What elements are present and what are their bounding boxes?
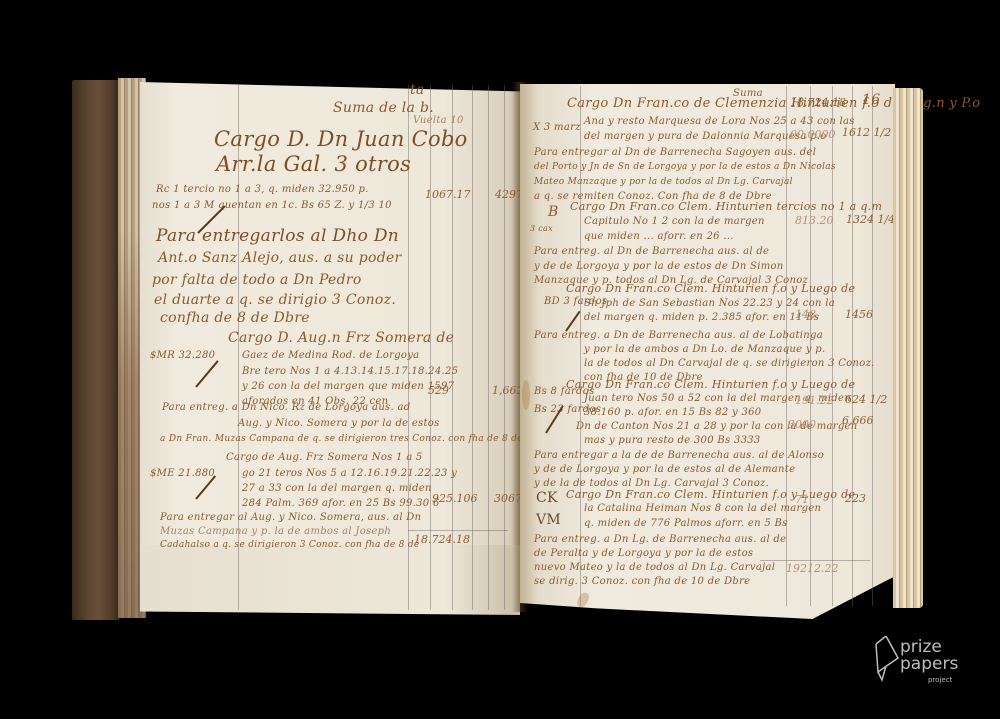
left-header-top: ta bbox=[410, 82, 425, 98]
total-rule bbox=[408, 530, 508, 531]
entry-line: Cargo Dn Fran.co Clem. Hinturien f.o y L… bbox=[566, 282, 855, 295]
entry-line: Arr.la Gal. 3 otros bbox=[216, 152, 411, 176]
book-spine bbox=[72, 80, 120, 620]
entry-line: Ana y resto Marquesa de Lora Nos 25 a 43… bbox=[584, 116, 855, 127]
entry-line: Cargo Dn Fran.co Clem. Hinturien tercios… bbox=[570, 200, 882, 213]
amount-cell: 1456 bbox=[845, 308, 873, 321]
prize-papers-logo: prize papers project bbox=[872, 636, 982, 696]
entry-line: y de de Lorgoya y por la de estos al de … bbox=[534, 464, 795, 475]
left-col-rule bbox=[430, 85, 431, 610]
margin-mark: BD 3 fardos bbox=[544, 296, 607, 307]
entry-line: la Catalina Heiman Nos 8 con la del marg… bbox=[584, 503, 821, 514]
open-ledger: ta Suma de la b. Vuelta 10 Cargo D. Dn J… bbox=[0, 0, 1000, 719]
entry-line: y de de Lorgoya y por la de estos de Dn … bbox=[534, 261, 784, 272]
entry-line: la de todos al Dn Carvajal de q. se diri… bbox=[584, 358, 875, 369]
page-total: 18.724.18 bbox=[414, 533, 470, 546]
amount-cell: 71 bbox=[795, 493, 809, 506]
left-header-col: Vuelta 10 bbox=[413, 115, 464, 126]
folded-paper-icon bbox=[872, 636, 902, 686]
total-rule bbox=[760, 560, 870, 561]
left-col-rule bbox=[488, 85, 489, 610]
amount-cell: 6,666 bbox=[842, 414, 874, 427]
amount-cell: 813.20 bbox=[795, 214, 834, 227]
left-col-rule bbox=[452, 85, 453, 610]
page-total: 19212.22 bbox=[786, 562, 839, 575]
entry-line: de Peralta y de Lorgoya y por la de esto… bbox=[534, 548, 753, 559]
amount-cell: 3000 bbox=[788, 418, 816, 431]
entry-line: Mateo Manzaque y por la de todos al Dn L… bbox=[534, 177, 793, 187]
margin-mark: B bbox=[548, 204, 559, 220]
entry-line: y 26 con la del margen que miden 1597 bbox=[242, 381, 454, 392]
entry-line: Muzas Campana y p. la de ambos al Joseph bbox=[160, 526, 391, 537]
amount-cell: 00.0000 bbox=[790, 128, 836, 141]
entry-line: Aug. y Nico. Somera y por la de estos bbox=[238, 418, 440, 429]
left-page-bottom bbox=[140, 545, 520, 615]
entry-line: mas y pura resto de 300 Bs 3333 bbox=[584, 435, 761, 446]
entry-line: Para entreg. a Dn de Barrenecha aus. al … bbox=[534, 330, 823, 341]
entry-line: nuevo Mateo y la de todos al Dn Lg. Carv… bbox=[534, 562, 775, 573]
entry-line: Cargo Dn Fran.co Clem. Hinturien f.o y L… bbox=[566, 488, 855, 501]
logo-text-papers: papers bbox=[900, 656, 958, 673]
entry-line: Para entregarlos al Dho Dn bbox=[156, 226, 399, 246]
entry-line: Para entreg. a Dn Lg. de Barrenecha aus.… bbox=[534, 534, 786, 545]
entry-line: confha de 8 de Dbre bbox=[160, 310, 310, 326]
entry-line: que miden ... aforr. en 26 ... bbox=[584, 231, 734, 242]
entry-line: del margen q. miden p. 2.385 afor. en 11… bbox=[584, 312, 819, 323]
amount-cell: 925.106 bbox=[432, 492, 478, 505]
entry-line: Para entregar al Aug. y Nico. Somera, au… bbox=[160, 512, 421, 523]
entry-line: y por la de ambos a Dn Lo. de Manzaque y… bbox=[584, 344, 825, 355]
margin-mark: $ME 21.880 bbox=[150, 468, 215, 479]
entry-line: del Porto y Jn de Sn de Lorgoya y por la… bbox=[534, 162, 836, 172]
entry-line: Para entreg. a Dn Nico. Rz de Lorgoya au… bbox=[162, 402, 410, 413]
right-col-rule bbox=[872, 86, 873, 606]
entry-line: 284 Palm. 369 afor. en 25 Bs 99.30 6 bbox=[242, 498, 440, 509]
entry-line: q. miden de 776 Palmos aforr. en 5 Bs bbox=[584, 518, 788, 529]
entry-line: Cargo D. Aug.n Frz Somera de bbox=[228, 330, 454, 346]
entry-line: Gaez de Medina Rod. de Lorgoya bbox=[242, 350, 419, 361]
margin-mark: CK bbox=[536, 490, 558, 506]
entry-line: por falta de todo a Dn Pedro bbox=[152, 272, 362, 288]
margin-mark: X 3 marz bbox=[533, 122, 581, 133]
amount-cell: 1324 1/4 bbox=[846, 213, 895, 226]
amount-cell: 223 bbox=[845, 492, 866, 505]
margin-mark: Bs 23 fardos bbox=[534, 404, 601, 415]
logo-text-project: project bbox=[928, 676, 952, 684]
entry-line: Cargo D. Dn Juan Cobo bbox=[214, 127, 468, 151]
amount-cell: 191.22 bbox=[795, 394, 834, 407]
entry-line: Bre tero Nos 1 a 4.13.14.15.17.18.24.25 bbox=[242, 366, 458, 377]
amount-cell: 1067.17 bbox=[425, 188, 471, 201]
amount-cell: 529 bbox=[428, 384, 449, 397]
margin-mark: 3 cax bbox=[530, 224, 553, 233]
entry-line: 38.160 p. afor. en 15 Bs 82 y 360 bbox=[584, 407, 761, 418]
ink-stain bbox=[522, 380, 530, 410]
left-col-rule bbox=[472, 85, 473, 610]
amount-cell: 1612 1/2 bbox=[842, 126, 891, 139]
entry-line: Cargo Dn Fran.co Clem. Hinturien f.o y L… bbox=[566, 378, 855, 391]
entry-line: Para entregar a la de de Barrenecha aus.… bbox=[534, 450, 824, 461]
right-page-edges bbox=[893, 88, 923, 608]
margin-mark: Bs 8 fardos bbox=[534, 386, 595, 397]
left-col-rule bbox=[504, 85, 505, 610]
entry-line: Rc 1 tercio no 1 a 3, q. miden 32.950 p. bbox=[156, 184, 369, 195]
amount-cell: 624 1/2 bbox=[845, 393, 887, 406]
entry-line: se dirig. 3 Conoz. con fha de 10 de Dbre bbox=[534, 576, 750, 587]
entry-line: go 21 teros Nos 5 a 12.16.19.21.22.23 y bbox=[242, 468, 457, 479]
left-header-sum: Suma de la b. bbox=[333, 100, 434, 116]
entry-line: 27 a 33 con la del margen q. miden bbox=[242, 483, 432, 494]
entry-line: Para entreg. al Dn de Barrenecha aus. al… bbox=[534, 246, 769, 257]
entry-line: Cadahalso a q. se dirigieron 3 Conoz. co… bbox=[160, 540, 420, 550]
entry-line: Ant.o Sanz Alejo, aus. a su poder bbox=[158, 250, 402, 266]
entry-line: nos 1 a 3 M quentan en 1c. Bs 65 Z. y 1/… bbox=[152, 200, 392, 211]
entry-line: Cargo de Aug. Frz Somera Nos 1 a 5 bbox=[226, 452, 423, 463]
margin-mark: $MR 32.280 bbox=[150, 350, 215, 361]
entry-line: Para entregar al Dn de Barrenecha Sagoye… bbox=[534, 147, 816, 158]
margin-mark: VM bbox=[536, 512, 561, 528]
entry-line: Capitulo No 1 2 con la de margen bbox=[584, 216, 765, 227]
right-col-rule bbox=[852, 86, 853, 606]
entry-line: a Dn Fran. Muzas Campana de q. se dirigi… bbox=[160, 434, 550, 444]
entry-line: el duarte a q. se dirigio 3 Conoz. bbox=[154, 292, 396, 308]
amount-cell: 148 bbox=[795, 308, 816, 321]
